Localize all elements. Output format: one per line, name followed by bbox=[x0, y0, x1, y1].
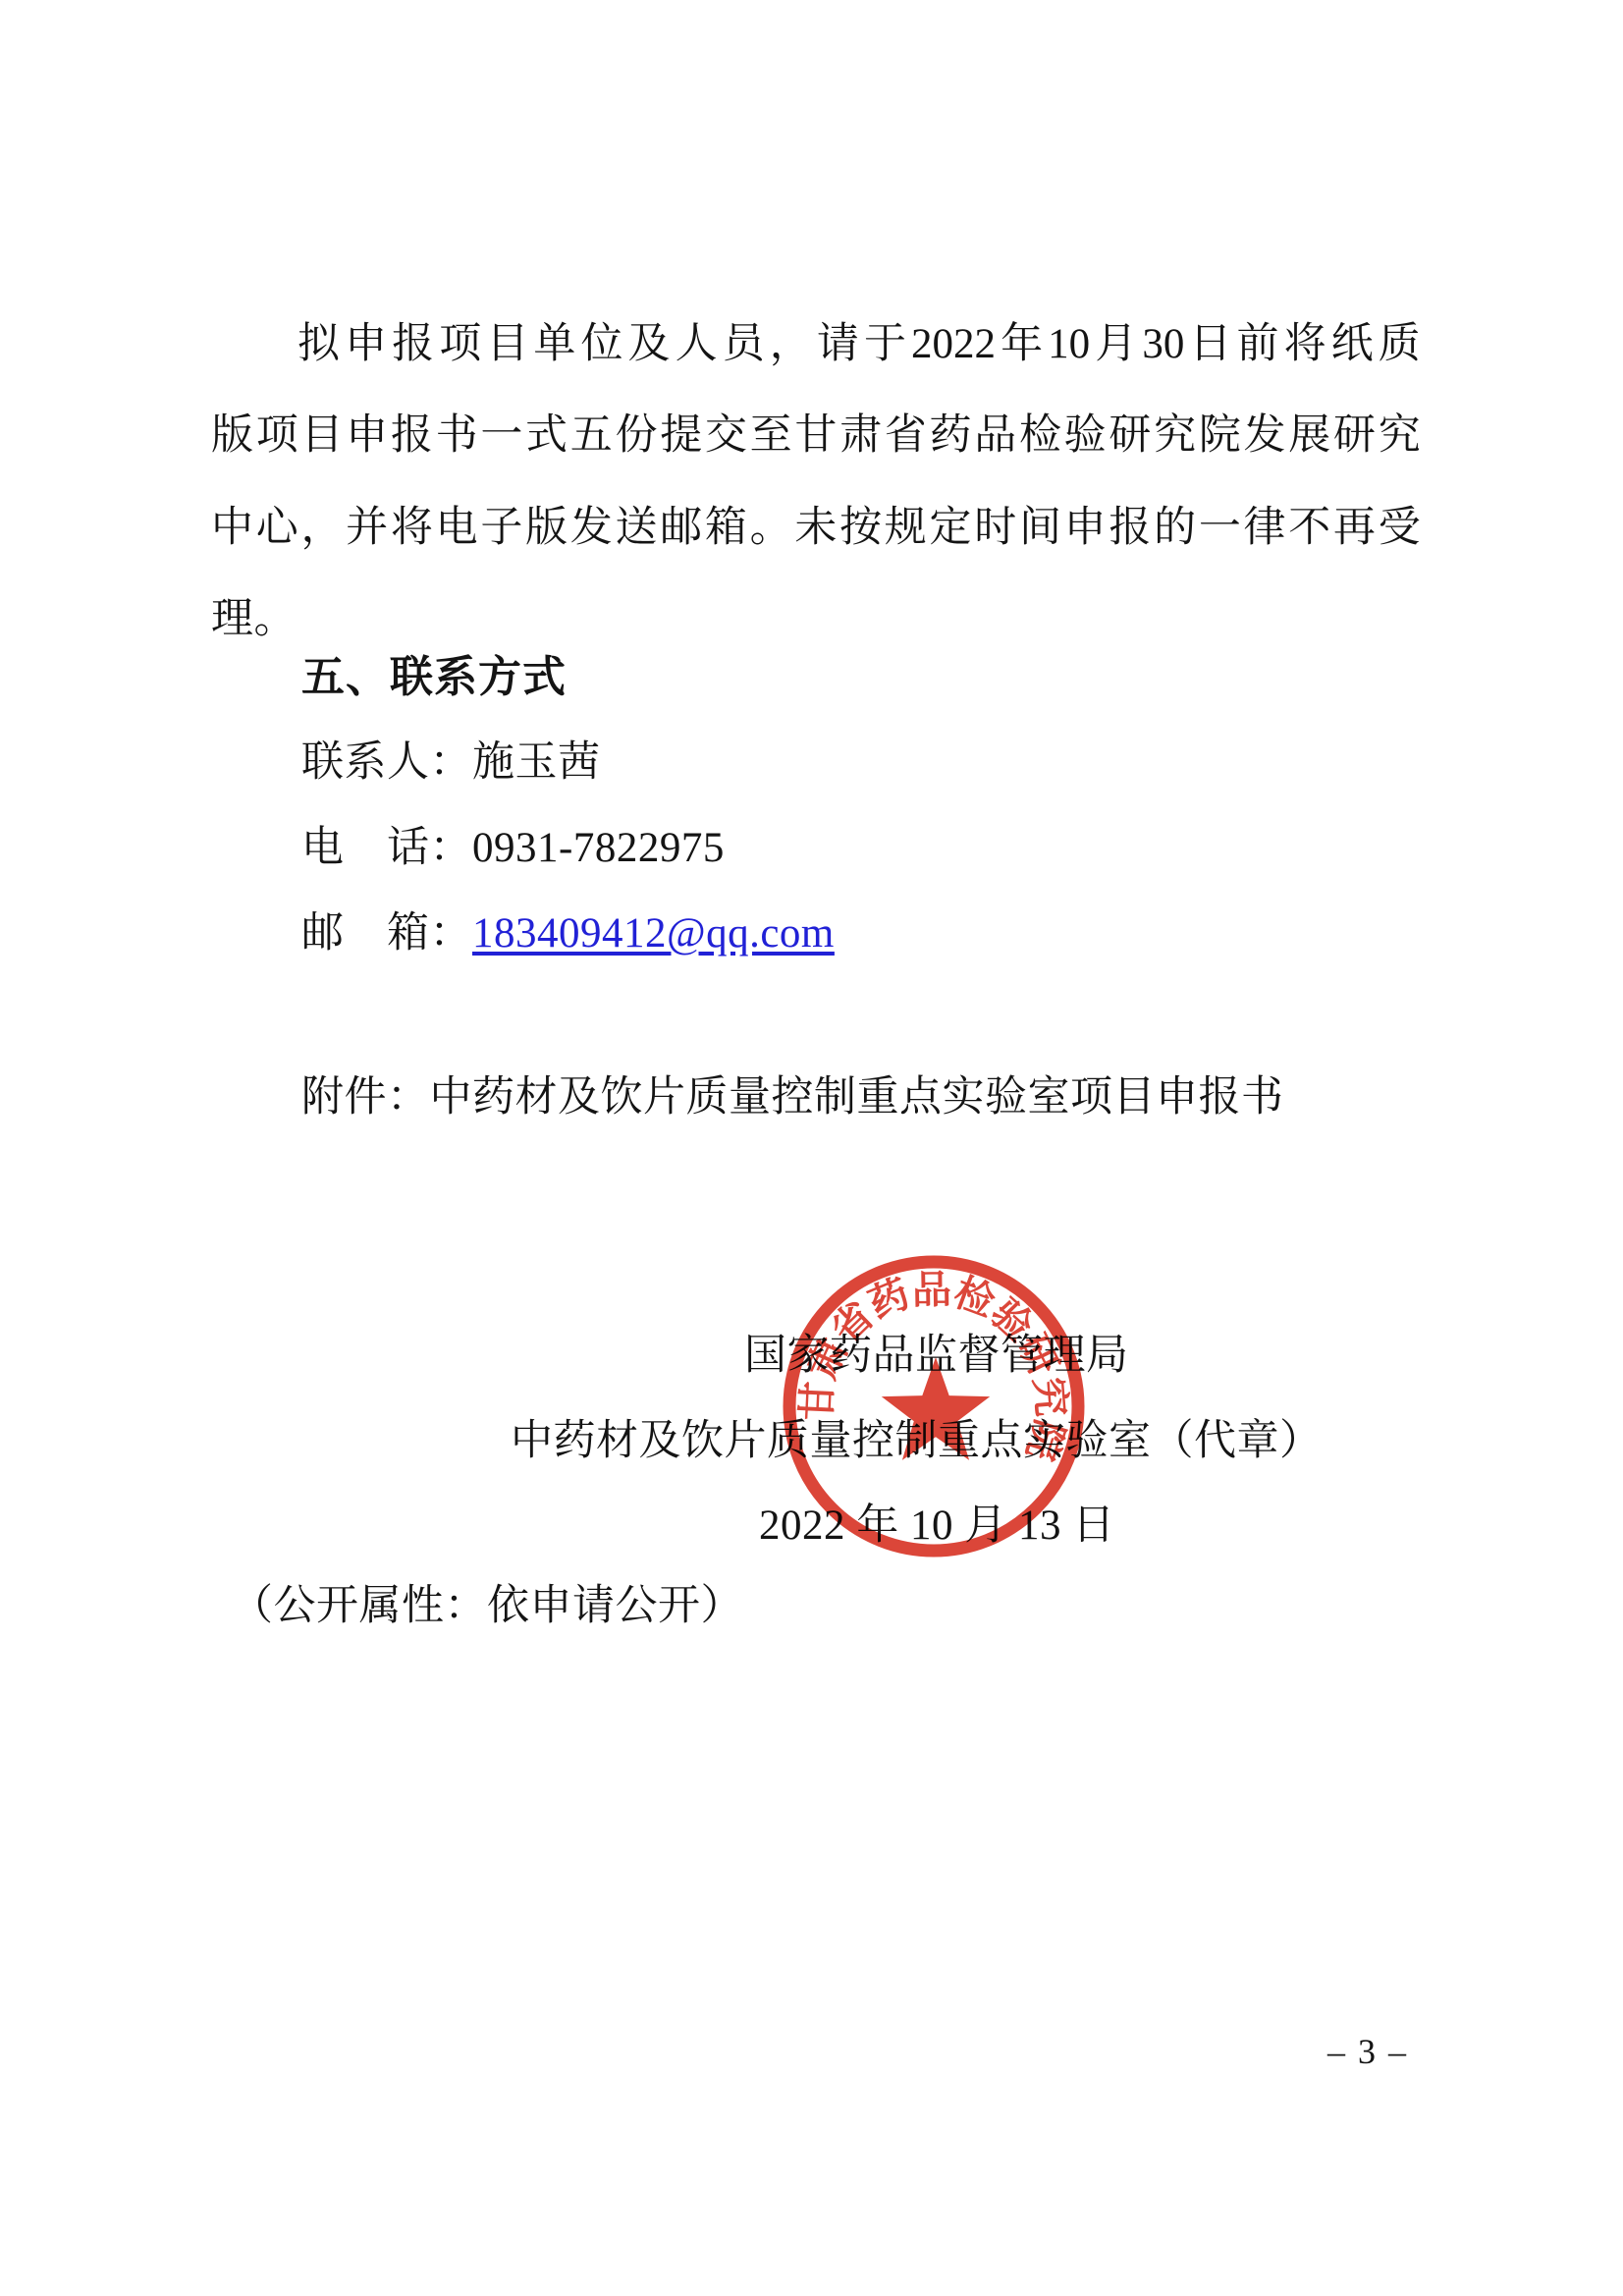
paragraph-line: 版项目申报书一式五份提交至甘肃省药品检验研究院发展研究 bbox=[211, 411, 1421, 460]
phone-value: 0931-7822975 bbox=[472, 825, 725, 871]
paragraph-line: 拟申报项目单位及人员，请于2022年10月30日前将纸质 bbox=[211, 320, 1421, 368]
email-line: 邮 箱：183409412@qq.com bbox=[301, 909, 835, 957]
seal-star-icon bbox=[882, 1357, 990, 1460]
phone-label: 电 话： bbox=[301, 825, 472, 871]
email-label: 邮 箱： bbox=[301, 910, 472, 957]
section-heading-contact: 五、联系方式 bbox=[301, 654, 567, 701]
contact-person-label: 联系人： bbox=[301, 739, 472, 786]
attachment-label: 附件： bbox=[301, 1074, 430, 1121]
phone-line: 电 话：0931-7822975 bbox=[301, 824, 725, 872]
contact-person-value: 施玉茜 bbox=[472, 739, 601, 786]
page-number: – 3 – bbox=[1327, 2031, 1408, 2072]
paragraph-line: 中心，并将电子版发送邮箱。未按规定时间申报的一律不再受 bbox=[211, 504, 1421, 552]
attachment-line: 附件：中药材及饮片质量控制重点实验室项目申报书 bbox=[301, 1073, 1284, 1121]
paragraph-line: 理。 bbox=[211, 595, 1421, 643]
official-seal: 甘肃省药品检验研究院 bbox=[746, 1213, 1129, 1586]
disclosure-line: （公开属性：依申请公开） bbox=[231, 1582, 743, 1630]
document-page: 拟申报项目单位及人员，请于2022年10月30日前将纸质 版项目申报书一式五份提… bbox=[0, 0, 1623, 2296]
intro-paragraph: 拟申报项目单位及人员，请于2022年10月30日前将纸质 版项目申报书一式五份提… bbox=[211, 320, 1421, 644]
contact-person-line: 联系人：施玉茜 bbox=[301, 738, 601, 787]
attachment-title: 中药材及饮片质量控制重点实验室项目申报书 bbox=[430, 1074, 1284, 1121]
email-link[interactable]: 183409412@qq.com bbox=[472, 910, 835, 957]
